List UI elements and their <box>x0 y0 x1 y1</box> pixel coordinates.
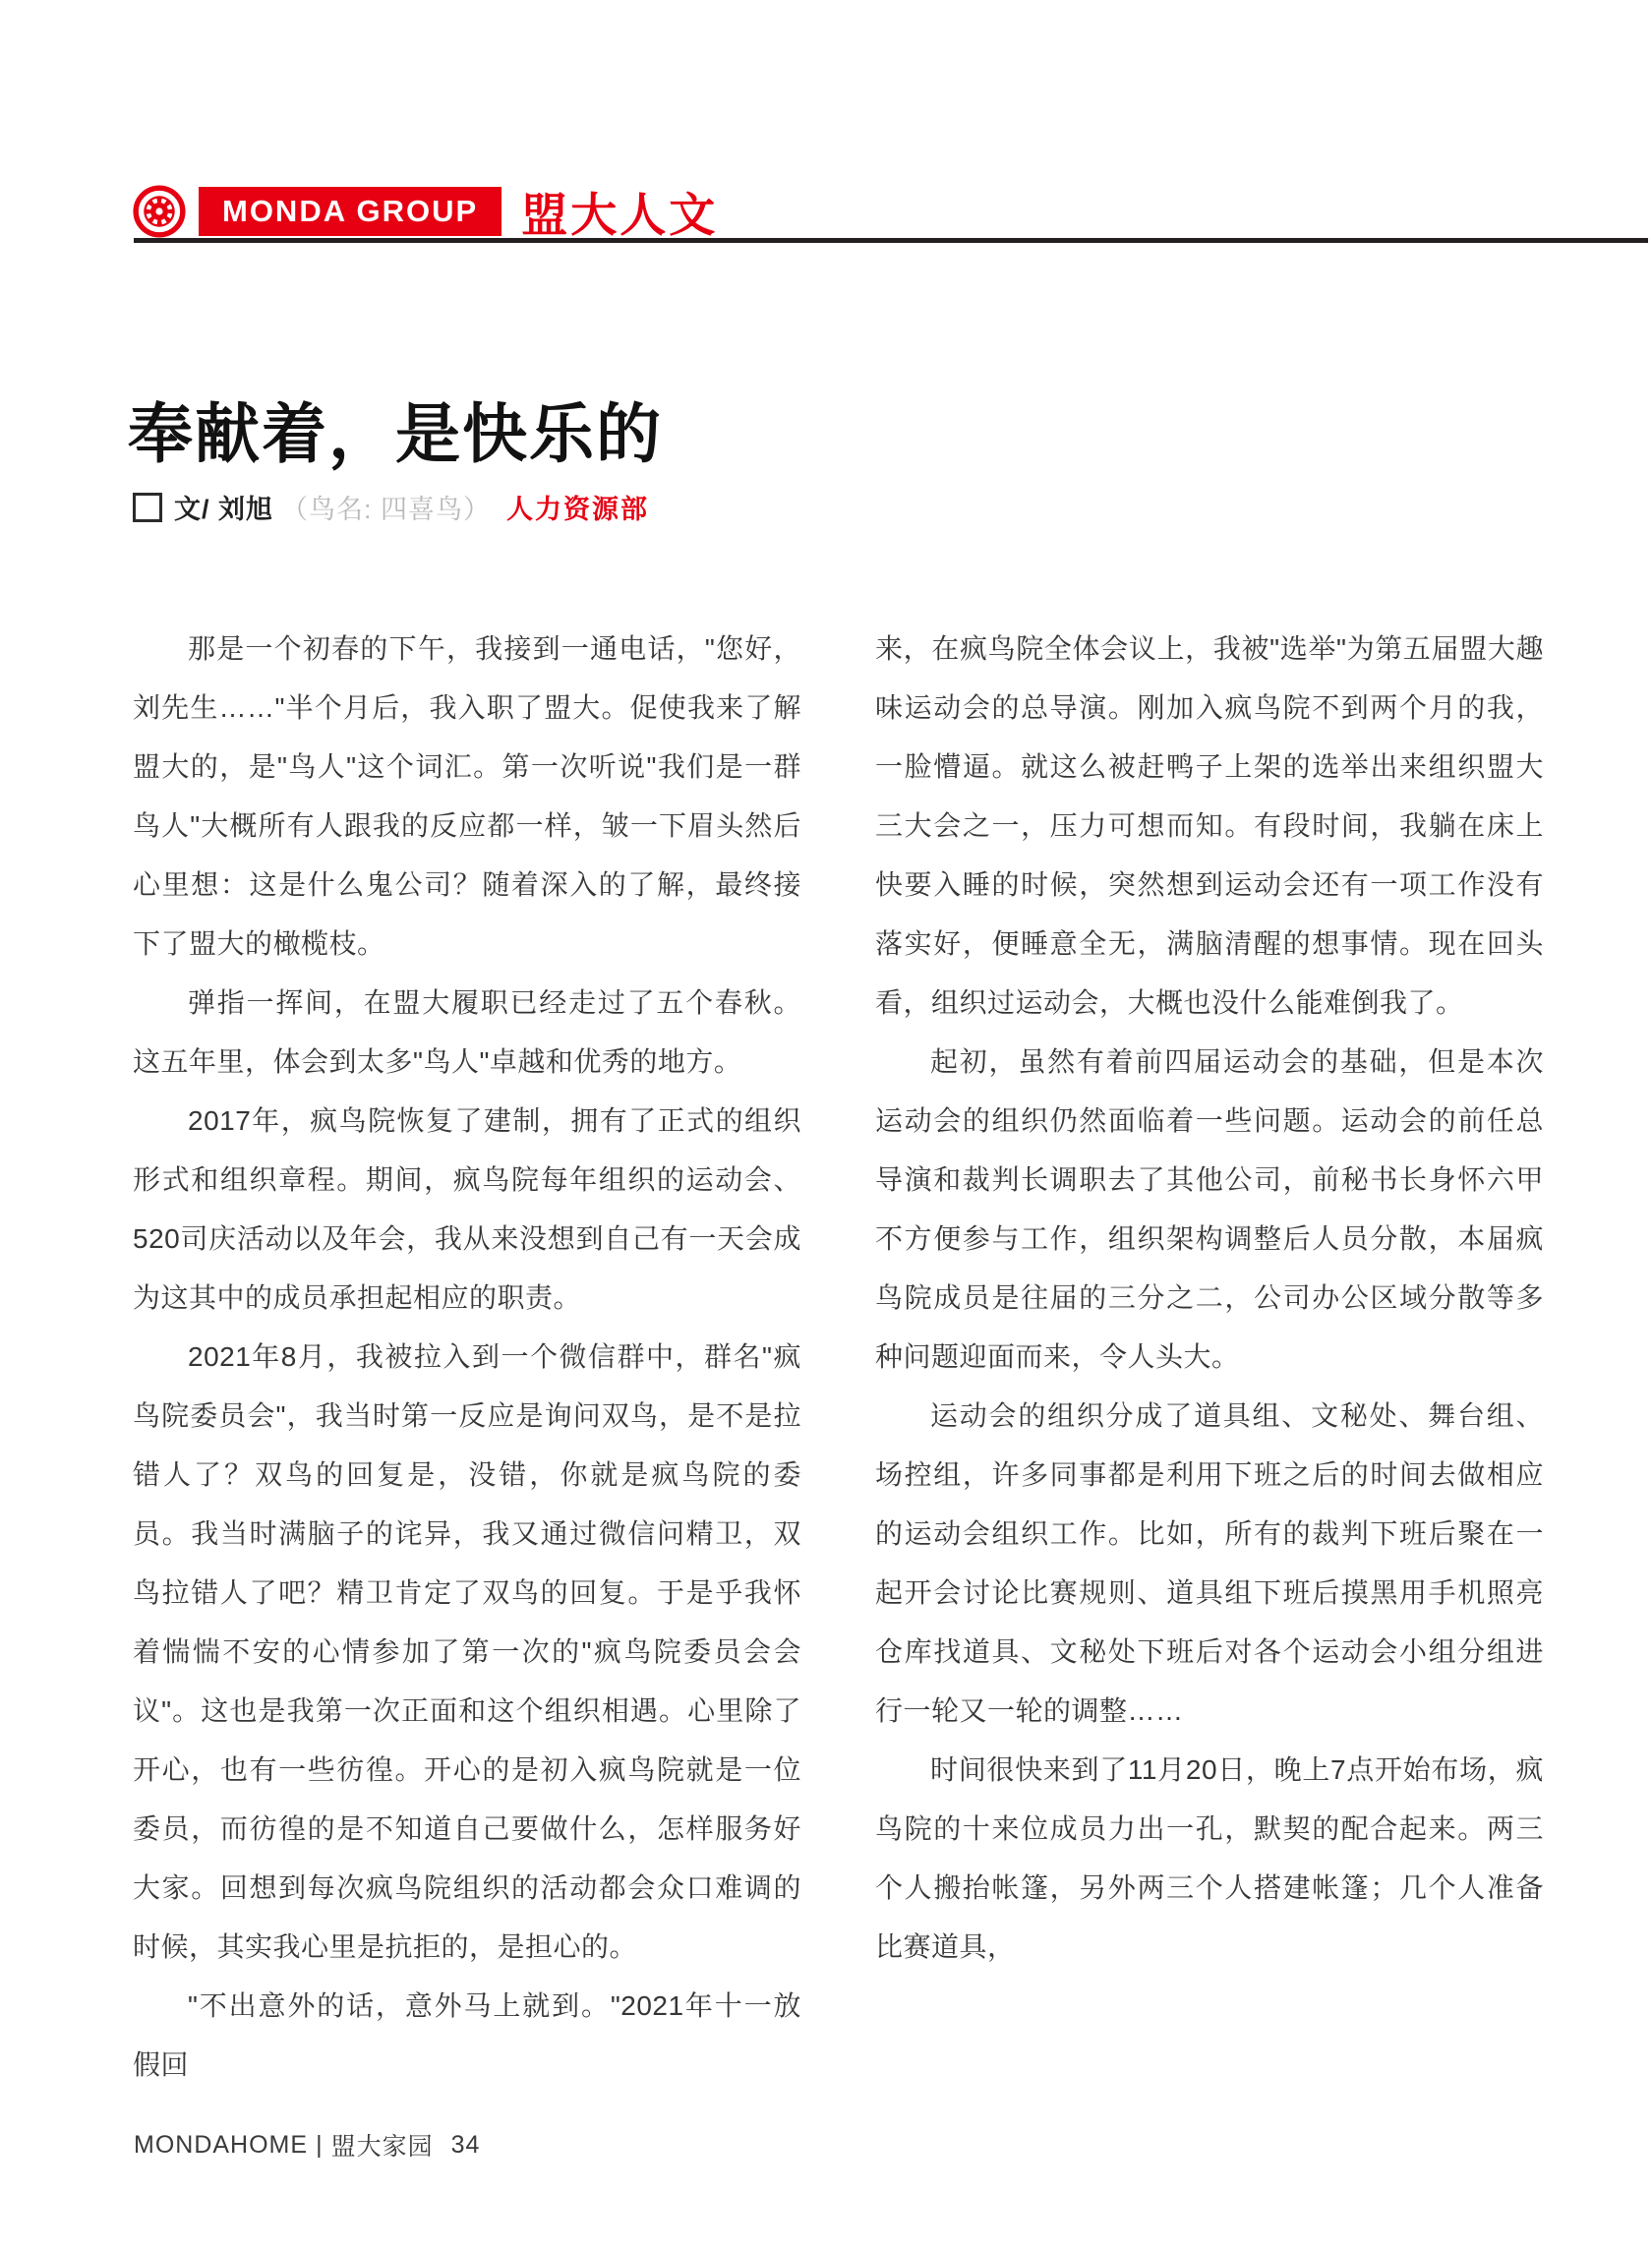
byline-department: 人力资源部 <box>506 488 649 526</box>
body-paragraph: 那是一个初春的下午，我接到一通电话，"您好，刘先生……"半个月后，我入职了盟大。… <box>133 620 801 974</box>
header-rule <box>134 238 1648 243</box>
footer-site-name: 盟大家园 <box>331 2127 434 2163</box>
body-paragraph: 弹指一挥间，在盟大履职已经走过了五个春秋。这五年里，体会到太多"鸟人"卓越和优秀… <box>133 974 801 1092</box>
page-header: MONDA GROUP 盟大人文 <box>133 185 718 238</box>
body-paragraph: 2017年，疯鸟院恢复了建制，拥有了正式的组织形式和组织章程。期间，疯鸟院每年组… <box>133 1092 801 1328</box>
byline-author: 文/ 刘旭 <box>174 488 273 526</box>
body-paragraph: 运动会的组织分成了道具组、文秘处、舞台组、场控组，许多同事都是利用下班之后的时间… <box>875 1387 1544 1741</box>
brand-badge: MONDA GROUP <box>199 187 501 236</box>
section-title: 盟大人文 <box>521 179 718 245</box>
body-column-left: 那是一个初春的下午，我接到一通电话，"您好，刘先生……"半个月后，我入职了盟大。… <box>133 620 801 2095</box>
footer-brand: MONDAHOME <box>134 2131 308 2160</box>
article-title: 奉献着，是快乐的 <box>128 382 663 475</box>
body-paragraph: 起初，虽然有着前四届运动会的基础，但是本次运动会的组织仍然面临着一些问题。运动会… <box>875 1033 1544 1387</box>
body-column-right: 来，在疯鸟院全体会议上，我被"选举"为第五届盟大趣味运动会的总导演。刚加入疯鸟院… <box>875 620 1544 2095</box>
magazine-page: MONDA GROUP 盟大人文 奉献着，是快乐的 文/ 刘旭 （鸟名: 四喜鸟… <box>0 0 1652 2253</box>
footer-page-number: 34 <box>451 2131 481 2160</box>
body-paragraph: 来，在疯鸟院全体会议上，我被"选举"为第五届盟大趣味运动会的总导演。刚加入疯鸟院… <box>875 620 1544 1033</box>
body-paragraph: 2021年8月，我被拉入到一个微信群中，群名"疯鸟院委员会"，我当时第一反应是询… <box>133 1328 801 1977</box>
body-paragraph: "不出意外的话，意外马上就到。"2021年十一放假回 <box>133 1977 801 2095</box>
footer-separator: | <box>316 2131 324 2160</box>
monda-logo-gear-icon <box>133 185 186 238</box>
square-bullet-icon <box>133 493 162 522</box>
body-paragraph: 时间很快来到了11月20日，晚上7点开始布场，疯鸟院的十来位成员力出一孔，默契的… <box>875 1741 1544 1977</box>
byline-bird-name: （鸟名: 四喜鸟） <box>281 488 491 526</box>
article-body: 那是一个初春的下午，我接到一通电话，"您好，刘先生……"半个月后，我入职了盟大。… <box>133 620 1544 2095</box>
byline: 文/ 刘旭 （鸟名: 四喜鸟） 人力资源部 <box>133 488 649 526</box>
page-footer: MONDAHOME | 盟大家园 34 <box>134 2127 480 2163</box>
